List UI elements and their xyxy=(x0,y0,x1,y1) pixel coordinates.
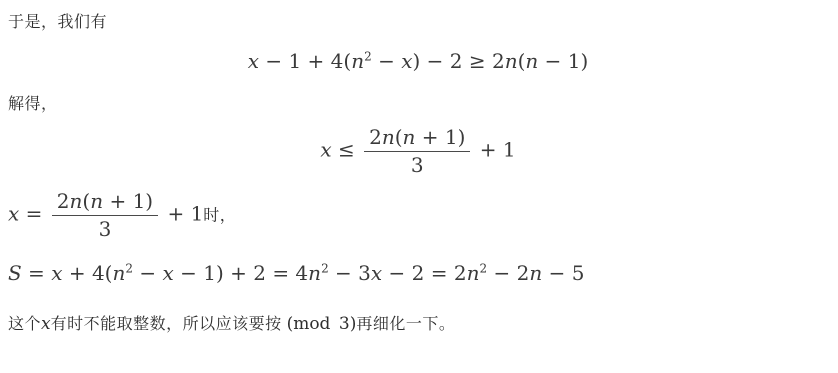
math-run: + 4( xyxy=(62,261,112,285)
math-run: x xyxy=(51,261,62,285)
text-run: 这个 xyxy=(8,316,41,333)
math-run: − 2 = 2 xyxy=(382,261,466,285)
math-run: 2 xyxy=(57,189,70,213)
solve-text: 解得， xyxy=(8,95,828,114)
relation-symbol: ≤ xyxy=(332,138,361,162)
math-run: n xyxy=(505,49,518,73)
math-run: = xyxy=(22,261,51,285)
fraction-numerator: 2n(n + 1) xyxy=(364,126,470,151)
math-run: − 2 xyxy=(487,261,529,285)
math-run: + 1 xyxy=(161,202,203,226)
math-run: n xyxy=(403,125,416,149)
math-run: n xyxy=(467,261,480,285)
math-run: n xyxy=(112,261,125,285)
document: 于是，我们有 x − 1 + 4(n2 − x) − 2 ≥ 2n(n − 1)… xyxy=(0,0,838,334)
math-run: x xyxy=(371,261,382,285)
math-run: n xyxy=(525,49,538,73)
relation-symbol: = xyxy=(19,202,48,226)
math-run: n xyxy=(529,261,542,285)
superscript: 2 xyxy=(479,261,487,275)
math-run: n xyxy=(308,261,321,285)
intro-text: 于是，我们有 xyxy=(8,13,828,32)
fraction-denominator: 3 xyxy=(364,151,470,176)
superscript: 2 xyxy=(364,49,372,63)
math-run: x xyxy=(248,49,259,73)
math-run: x xyxy=(162,261,173,285)
superscript: 2 xyxy=(125,261,133,275)
math-run: n xyxy=(90,189,103,213)
math-run: − xyxy=(133,261,162,285)
math-run: 2 xyxy=(369,125,382,149)
math-run: n xyxy=(70,189,83,213)
formula-x-value-line: x = 2n(n + 1)3 + 1时， xyxy=(8,190,828,240)
math-run: ( xyxy=(395,125,403,149)
fraction-numerator: 2n(n + 1) xyxy=(52,190,158,215)
math-run: x xyxy=(320,138,331,162)
inline-chinese-suffix: 时， xyxy=(203,208,236,225)
text-run: 有时不能取整数，所以应该要按 xyxy=(51,316,287,333)
fraction: 2n(n + 1)3 xyxy=(52,190,158,240)
math-run: − 1 + 4( xyxy=(259,49,351,73)
math-run: − 3 xyxy=(329,261,371,285)
inline-mod-notation: (mod 3) xyxy=(287,314,357,334)
math-run: n xyxy=(382,125,395,149)
formula-inequality: x − 1 + 4(n2 − x) − 2 ≥ 2n(n − 1) xyxy=(8,49,828,73)
formula-x-bound: x ≤ 2n(n + 1)3 + 1 xyxy=(8,126,828,176)
superscript: 2 xyxy=(321,261,329,275)
math-run: − 5 xyxy=(542,261,584,285)
math-run: − xyxy=(372,49,401,73)
inline-math-var: x xyxy=(41,314,51,334)
math-run: + 1) xyxy=(415,125,465,149)
fraction-denominator: 3 xyxy=(52,215,158,240)
math-run: − 1) + 2 = 4 xyxy=(174,261,308,285)
math-run: − 1) xyxy=(538,49,588,73)
math-run: x xyxy=(401,49,412,73)
fraction: 2n(n + 1)3 xyxy=(364,126,470,176)
math-run: ) − 2 ≥ 2 xyxy=(412,49,504,73)
math-run: + 1) xyxy=(103,189,153,213)
formula-s-expansion: S = x + 4(n2 − x − 1) + 2 = 4n2 − 3x − 2… xyxy=(8,261,828,285)
math-run: + 1 xyxy=(473,138,515,162)
math-run: x xyxy=(8,202,19,226)
note-text: 这个x有时不能取整数，所以应该要按 (mod 3)再细化一下。 xyxy=(8,315,828,334)
text-run: 再细化一下。 xyxy=(356,316,455,333)
math-run: S xyxy=(8,261,22,285)
math-run: n xyxy=(351,49,364,73)
